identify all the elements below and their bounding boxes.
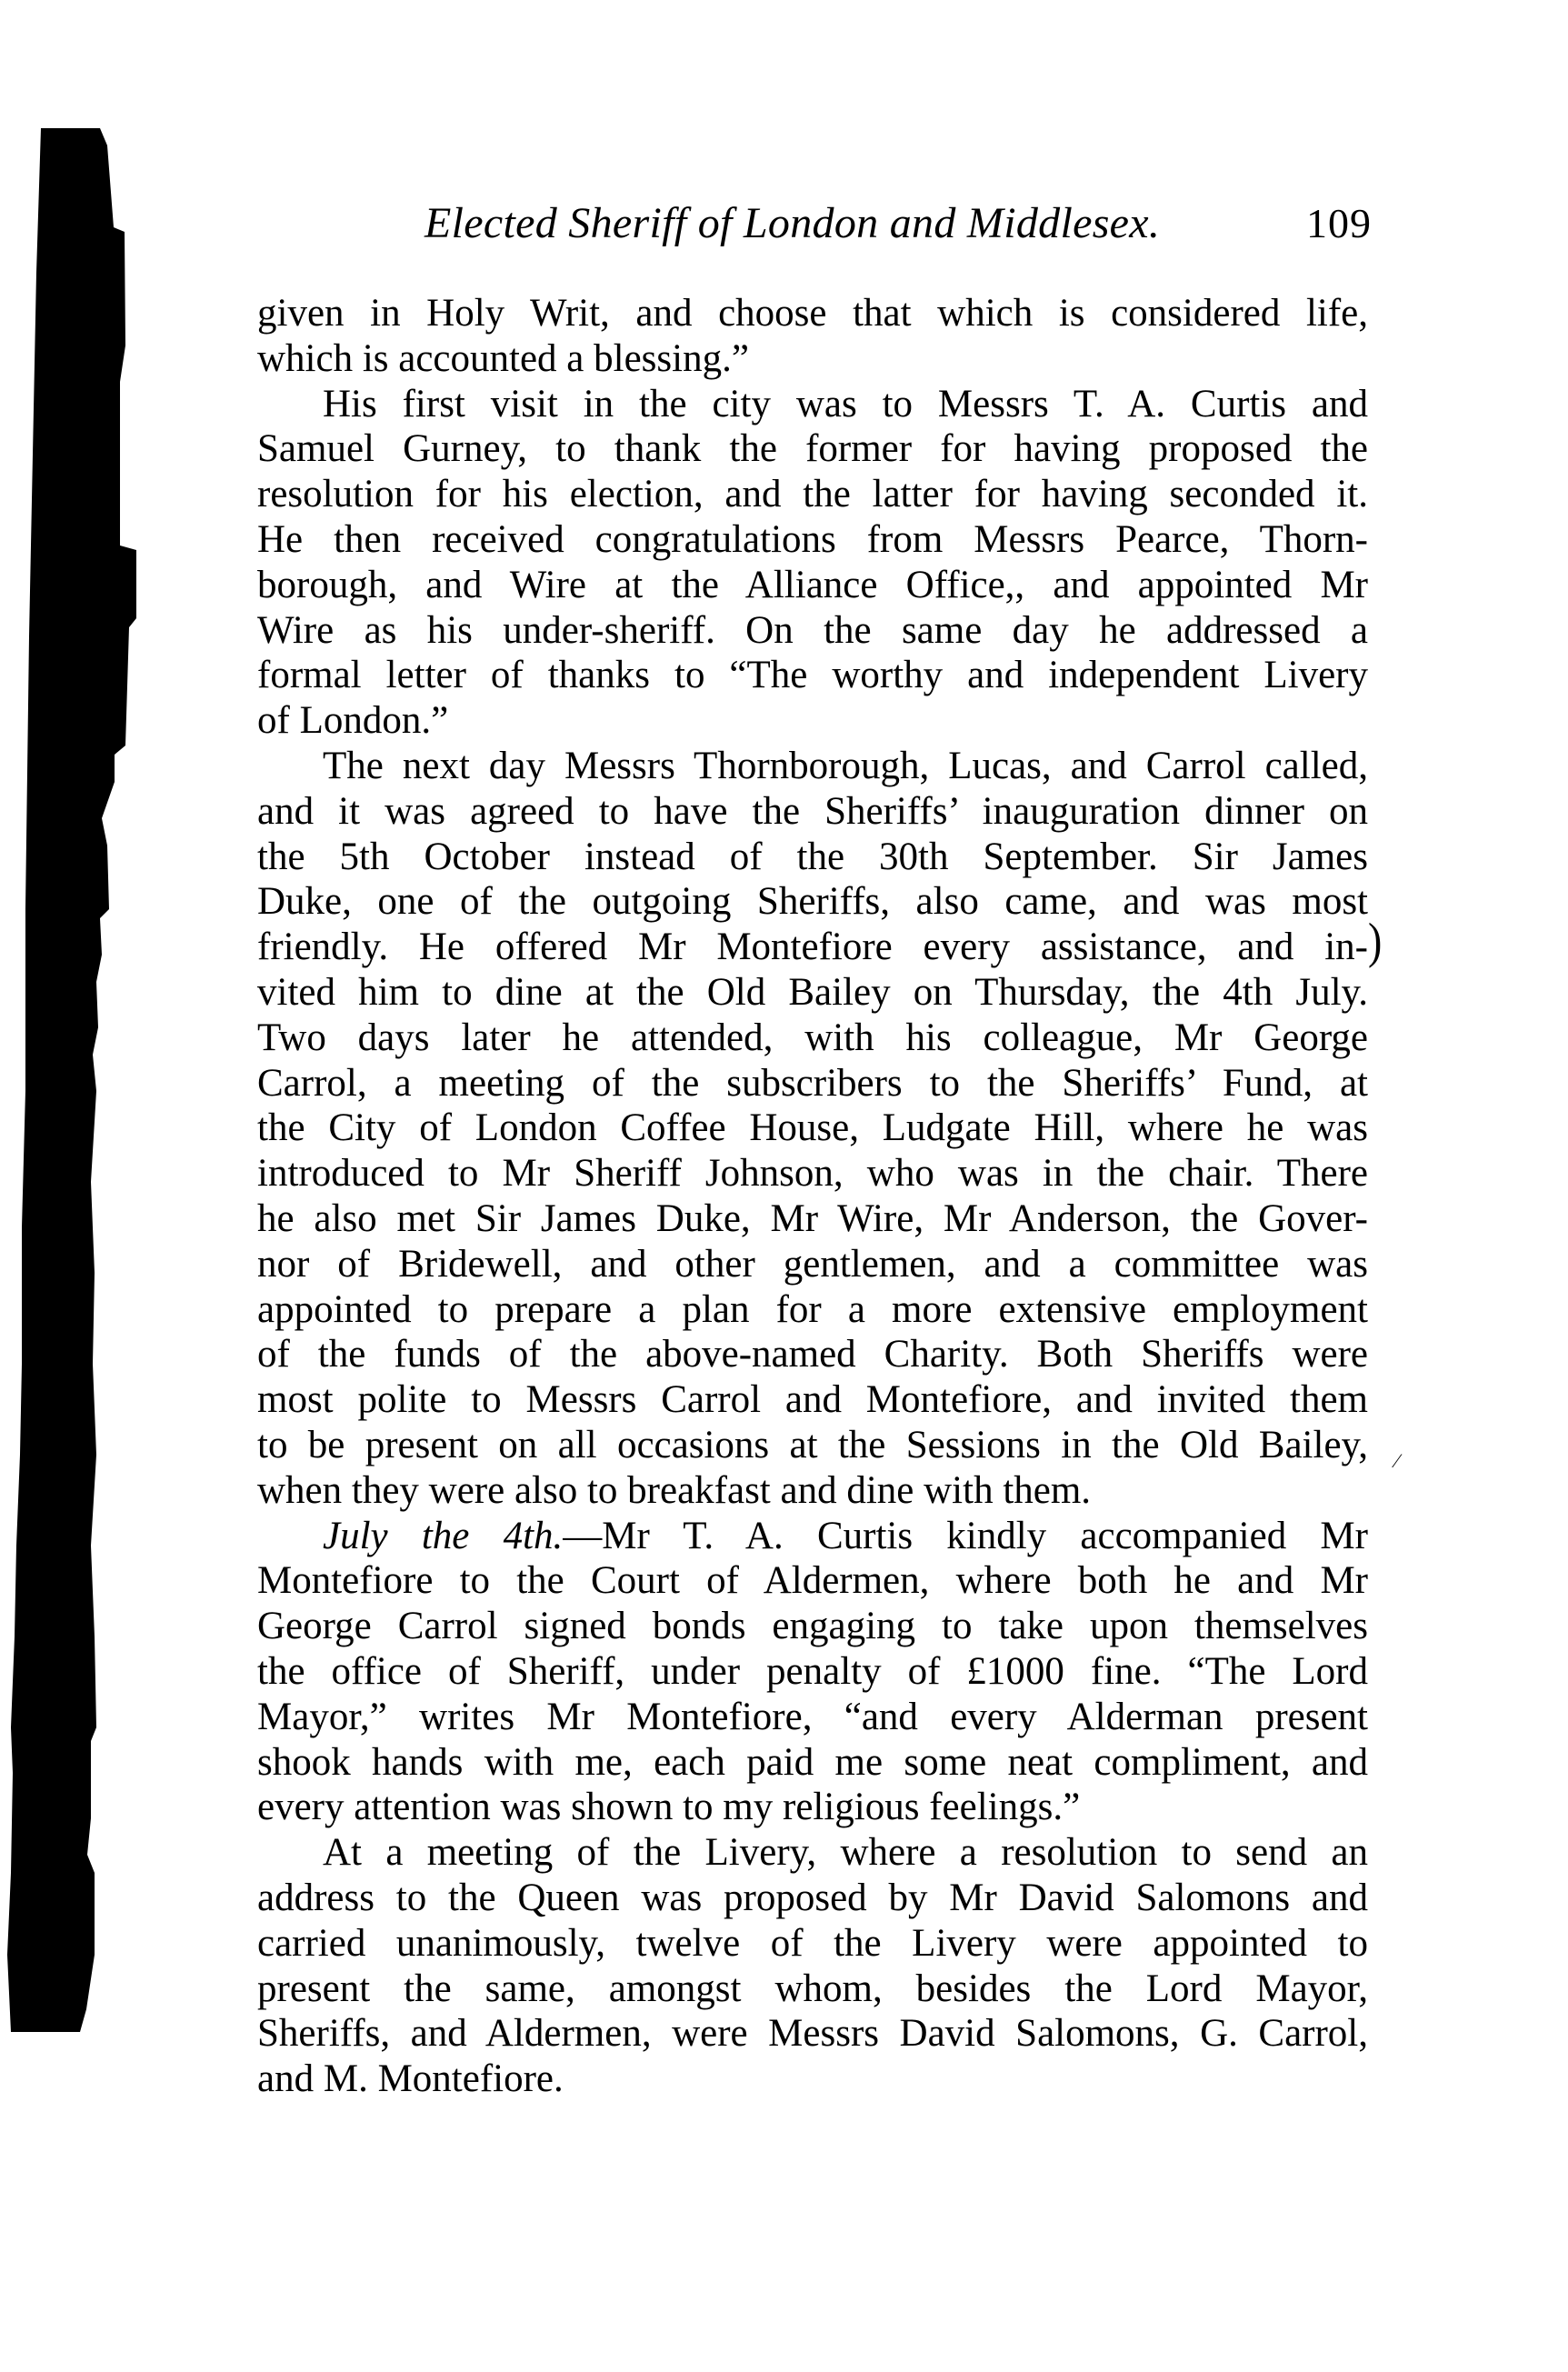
text-line: Samuel Gurney, to thank the former for h… <box>257 426 1368 472</box>
line-text: to be present on all occasions at the Se… <box>257 1424 1368 1466</box>
line-text: the 5th October instead of the 30th Sept… <box>257 836 1368 878</box>
line-text: vited him to dine at the Old Bailey on T… <box>257 971 1368 1014</box>
line-text: carried unanimously, twelve of the Liver… <box>257 1922 1368 1965</box>
text-line: Wire as his under-sheriff. On the same d… <box>257 608 1368 654</box>
text-line: July the 4th.—Mr T. A. Curtis kindly acc… <box>323 1514 1368 1559</box>
text-line: Duke, one of the outgoing Sheriffs, also… <box>257 879 1368 925</box>
text-line: the 5th October instead of the 30th Sept… <box>257 835 1368 880</box>
italic-date: July the 4th. <box>323 1515 563 1557</box>
line-text: shook hands with me, each paid me some n… <box>257 1741 1368 1784</box>
margin-bracket-mark: ) <box>1368 925 1382 957</box>
line-text: address to the Queen was proposed by Mr … <box>257 1877 1368 1919</box>
text-line: friendly. He offered Mr Montefiore every… <box>257 925 1368 970</box>
line-text: every attention was shown to my religiou… <box>257 1786 1080 1828</box>
text-line: At a meeting of the Livery, where a reso… <box>323 1830 1368 1876</box>
line-text: of London.” <box>257 699 448 742</box>
text-line: to be present on all occasions at the Se… <box>257 1423 1368 1468</box>
line-text: of the funds of the above-named Charity.… <box>257 1333 1368 1376</box>
line-text: introduced to Mr Sheriff Johnson, who wa… <box>257 1152 1368 1195</box>
line-text: Montefiore to the Court of Aldermen, whe… <box>257 1559 1368 1602</box>
text-line: the City of London Coffee House, Ludgate… <box>257 1106 1368 1151</box>
line-text: Duke, one of the outgoing Sheriffs, also… <box>257 880 1368 923</box>
text-line: introduced to Mr Sheriff Johnson, who wa… <box>257 1151 1368 1196</box>
line-text: His first visit in the city was to Messr… <box>323 383 1368 425</box>
text-line: of London.” <box>257 698 1368 744</box>
line-text: Wire as his under-sheriff. On the same d… <box>257 609 1368 652</box>
line-text: Mayor,” writes Mr Montefiore, “and every… <box>257 1696 1368 1738</box>
text-line: and it was agreed to have the Sheriffs’ … <box>257 789 1368 835</box>
text-line: most polite to Messrs Carrol and Montefi… <box>257 1377 1368 1423</box>
binding-shadow <box>0 0 182 2372</box>
text-line: Montefiore to the Court of Aldermen, whe… <box>257 1558 1368 1604</box>
text-line: carried unanimously, twelve of the Liver… <box>257 1921 1368 1967</box>
line-text: and M. Montefiore. <box>257 2057 564 2100</box>
line-text: borough, and Wire at the Alliance Office… <box>257 564 1368 606</box>
text-line: given in Holy Writ, and choose that whic… <box>257 291 1368 336</box>
margin-tick-mark: ⁄ <box>1395 1447 1399 1475</box>
line-text: appointed to prepare a plan for a more e… <box>257 1288 1368 1331</box>
text-line: Two days later he attended, with his col… <box>257 1016 1368 1061</box>
text-line: and M. Montefiore. <box>257 2057 1368 2102</box>
line-text: which is accounted a blessing.” <box>257 337 749 380</box>
line-text: George Carrol signed bonds engaging to t… <box>257 1605 1368 1647</box>
line-text: At a meeting of the Livery, where a reso… <box>323 1831 1368 1874</box>
line-text: present the same, amongst whom, besides … <box>257 1967 1368 2010</box>
text-line: appointed to prepare a plan for a more e… <box>257 1287 1368 1333</box>
book-page: Elected Sheriff of London and Middlesex.… <box>0 0 1568 2372</box>
line-text: given in Holy Writ, and choose that whic… <box>257 292 1368 335</box>
text-line: The next day Messrs Thornborough, Lucas,… <box>323 744 1368 789</box>
line-text: the City of London Coffee House, Ludgate… <box>257 1106 1368 1149</box>
text-line: vited him to dine at the Old Bailey on T… <box>257 970 1368 1016</box>
text-line: formal letter of thanks to “The worthy a… <box>257 653 1368 698</box>
line-text: the office of Sheriff, under penalty of … <box>257 1650 1368 1693</box>
text-line: Carrol, a meeting of the subscribers to … <box>257 1061 1368 1106</box>
line-text: most polite to Messrs Carrol and Montefi… <box>257 1378 1368 1421</box>
text-line: George Carrol signed bonds engaging to t… <box>257 1604 1368 1649</box>
text-line: present the same, amongst whom, besides … <box>257 1967 1368 2012</box>
line-text: when they were also to breakfast and din… <box>257 1469 1091 1512</box>
line-text: and it was agreed to have the Sheriffs’ … <box>257 790 1368 833</box>
line-text: Carrol, a meeting of the subscribers to … <box>257 1062 1368 1105</box>
text-line: borough, and Wire at the Alliance Office… <box>257 563 1368 608</box>
line-text: —Mr T. A. Curtis kindly accompanied Mr <box>563 1515 1368 1557</box>
line-text: he also met Sir James Duke, Mr Wire, Mr … <box>257 1197 1368 1240</box>
line-text: resolution for his election, and the lat… <box>257 473 1368 515</box>
line-text: nor of Bridewell, and other gentlemen, a… <box>257 1243 1368 1286</box>
line-text: Sheriffs, and Aldermen, were Messrs Davi… <box>257 2012 1368 2055</box>
text-line: when they were also to breakfast and din… <box>257 1468 1368 1514</box>
text-line: of the funds of the above-named Charity.… <box>257 1332 1368 1377</box>
text-line: Mayor,” writes Mr Montefiore, “and every… <box>257 1695 1368 1740</box>
running-head: Elected Sheriff of London and Middlesex. <box>424 198 1160 249</box>
text-line: He then received congratulations from Me… <box>257 517 1368 563</box>
text-line: he also met Sir James Duke, Mr Wire, Mr … <box>257 1196 1368 1242</box>
page-number: 109 <box>1306 198 1372 249</box>
text-line: which is accounted a blessing.” <box>257 336 1368 382</box>
line-text: friendly. He offered Mr Montefiore every… <box>257 926 1368 968</box>
text-line: every attention was shown to my religiou… <box>257 1785 1368 1830</box>
line-text: formal letter of thanks to “The worthy a… <box>257 654 1368 696</box>
line-text: Samuel Gurney, to thank the former for h… <box>257 427 1368 470</box>
line-text: He then received congratulations from Me… <box>257 518 1368 561</box>
text-line: shook hands with me, each paid me some n… <box>257 1740 1368 1786</box>
text-line: Sheriffs, and Aldermen, were Messrs Davi… <box>257 2011 1368 2057</box>
line-text: Two days later he attended, with his col… <box>257 1016 1368 1059</box>
text-line: nor of Bridewell, and other gentlemen, a… <box>257 1242 1368 1287</box>
line-text: The next day Messrs Thornborough, Lucas,… <box>323 745 1368 787</box>
text-line: His first visit in the city was to Messr… <box>323 382 1368 427</box>
text-line: resolution for his election, and the lat… <box>257 472 1368 517</box>
text-line: address to the Queen was proposed by Mr … <box>257 1876 1368 1921</box>
text-line: the office of Sheriff, under penalty of … <box>257 1649 1368 1695</box>
